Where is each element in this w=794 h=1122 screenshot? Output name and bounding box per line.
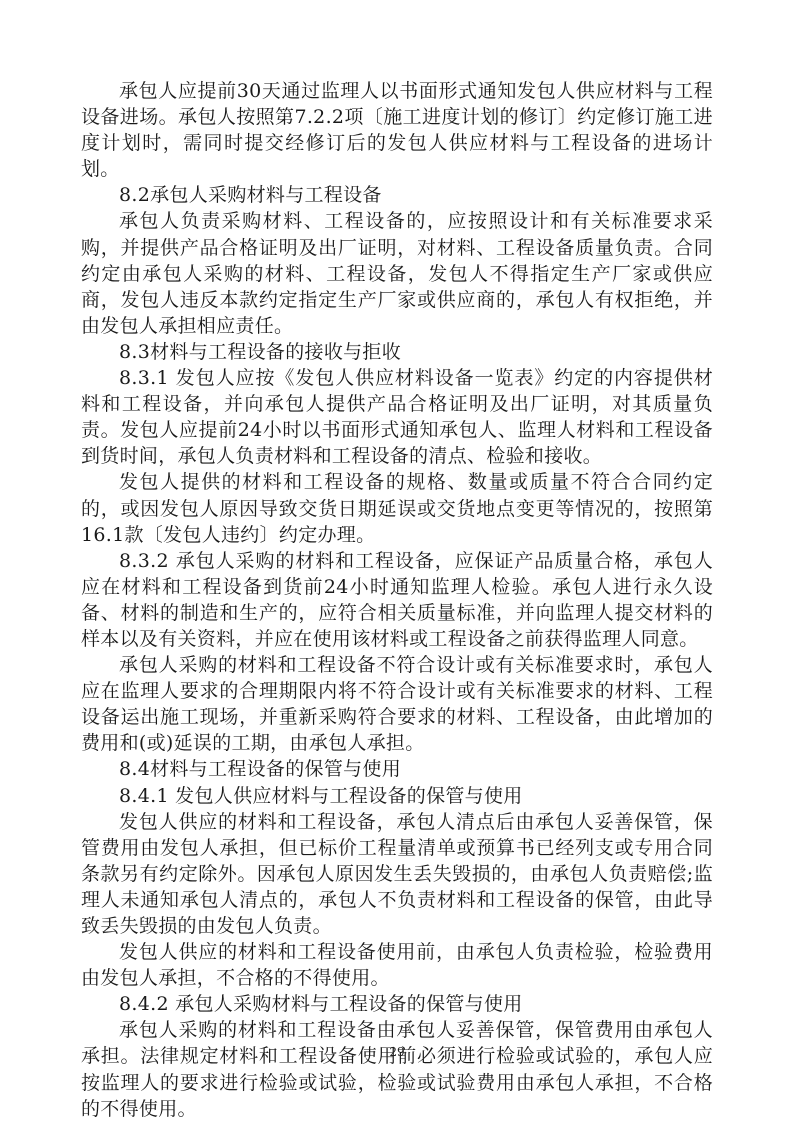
section-heading-8-3: 8.3材料与工程设备的接收与拒收 <box>81 339 713 365</box>
paragraph-employer-supply-inspection: 发包人供应的材料和工程设备使用前，由承包人负责检验，检验费用由发包人承担，不合格… <box>81 939 713 991</box>
section-heading-8-2: 8.2承包人采购材料与工程设备 <box>81 182 713 208</box>
paragraph-employer-supply-nonconformity: 发包人提供的材料和工程设备的规格、数量或质量不符合合同约定的，或因发包人原因导致… <box>81 469 713 547</box>
section-heading-8-4-2: 8.4.2 承包人采购材料与工程设备的保管与使用 <box>81 991 713 1017</box>
paragraph-8-3-1: 8.3.1 发包人应按《发包人供应材料设备一览表》约定的内容提供材料和工程设备，… <box>81 365 713 469</box>
page-number: 29 <box>0 1045 794 1059</box>
paragraph-nonconforming-materials: 承包人采购的材料和工程设备不符合设计或有关标准要求时，承包人应在监理人要求的合理… <box>81 652 713 756</box>
paragraph-employer-supply-custody: 发包人供应的材料和工程设备，承包人清点后由承包人妥善保管，保管费用由发包人承担，… <box>81 809 713 939</box>
section-heading-8-4-1: 8.4.1 发包人供应材料与工程设备的保管与使用 <box>81 783 713 809</box>
document-body: 承包人应提前30天通过监理人以书面形式通知发包人供应材料与工程设备进场。承包人按… <box>81 78 713 1122</box>
paragraph-contractor-procurement: 承包人负责采购材料、工程设备的，应按照设计和有关标准要求采购，并提供产品合格证明… <box>81 208 713 338</box>
section-heading-8-4: 8.4材料与工程设备的保管与使用 <box>81 756 713 782</box>
paragraph-material-entry-notice: 承包人应提前30天通过监理人以书面形式通知发包人供应材料与工程设备进场。承包人按… <box>81 78 713 182</box>
paragraph-8-3-2: 8.3.2 承包人采购的材料和工程设备，应保证产品质量合格，承包人应在材料和工程… <box>81 548 713 652</box>
paragraph-contractor-custody: 承包人采购的材料和工程设备由承包人妥善保管，保管费用由承包人承担。法律规定材料和… <box>81 1017 713 1121</box>
